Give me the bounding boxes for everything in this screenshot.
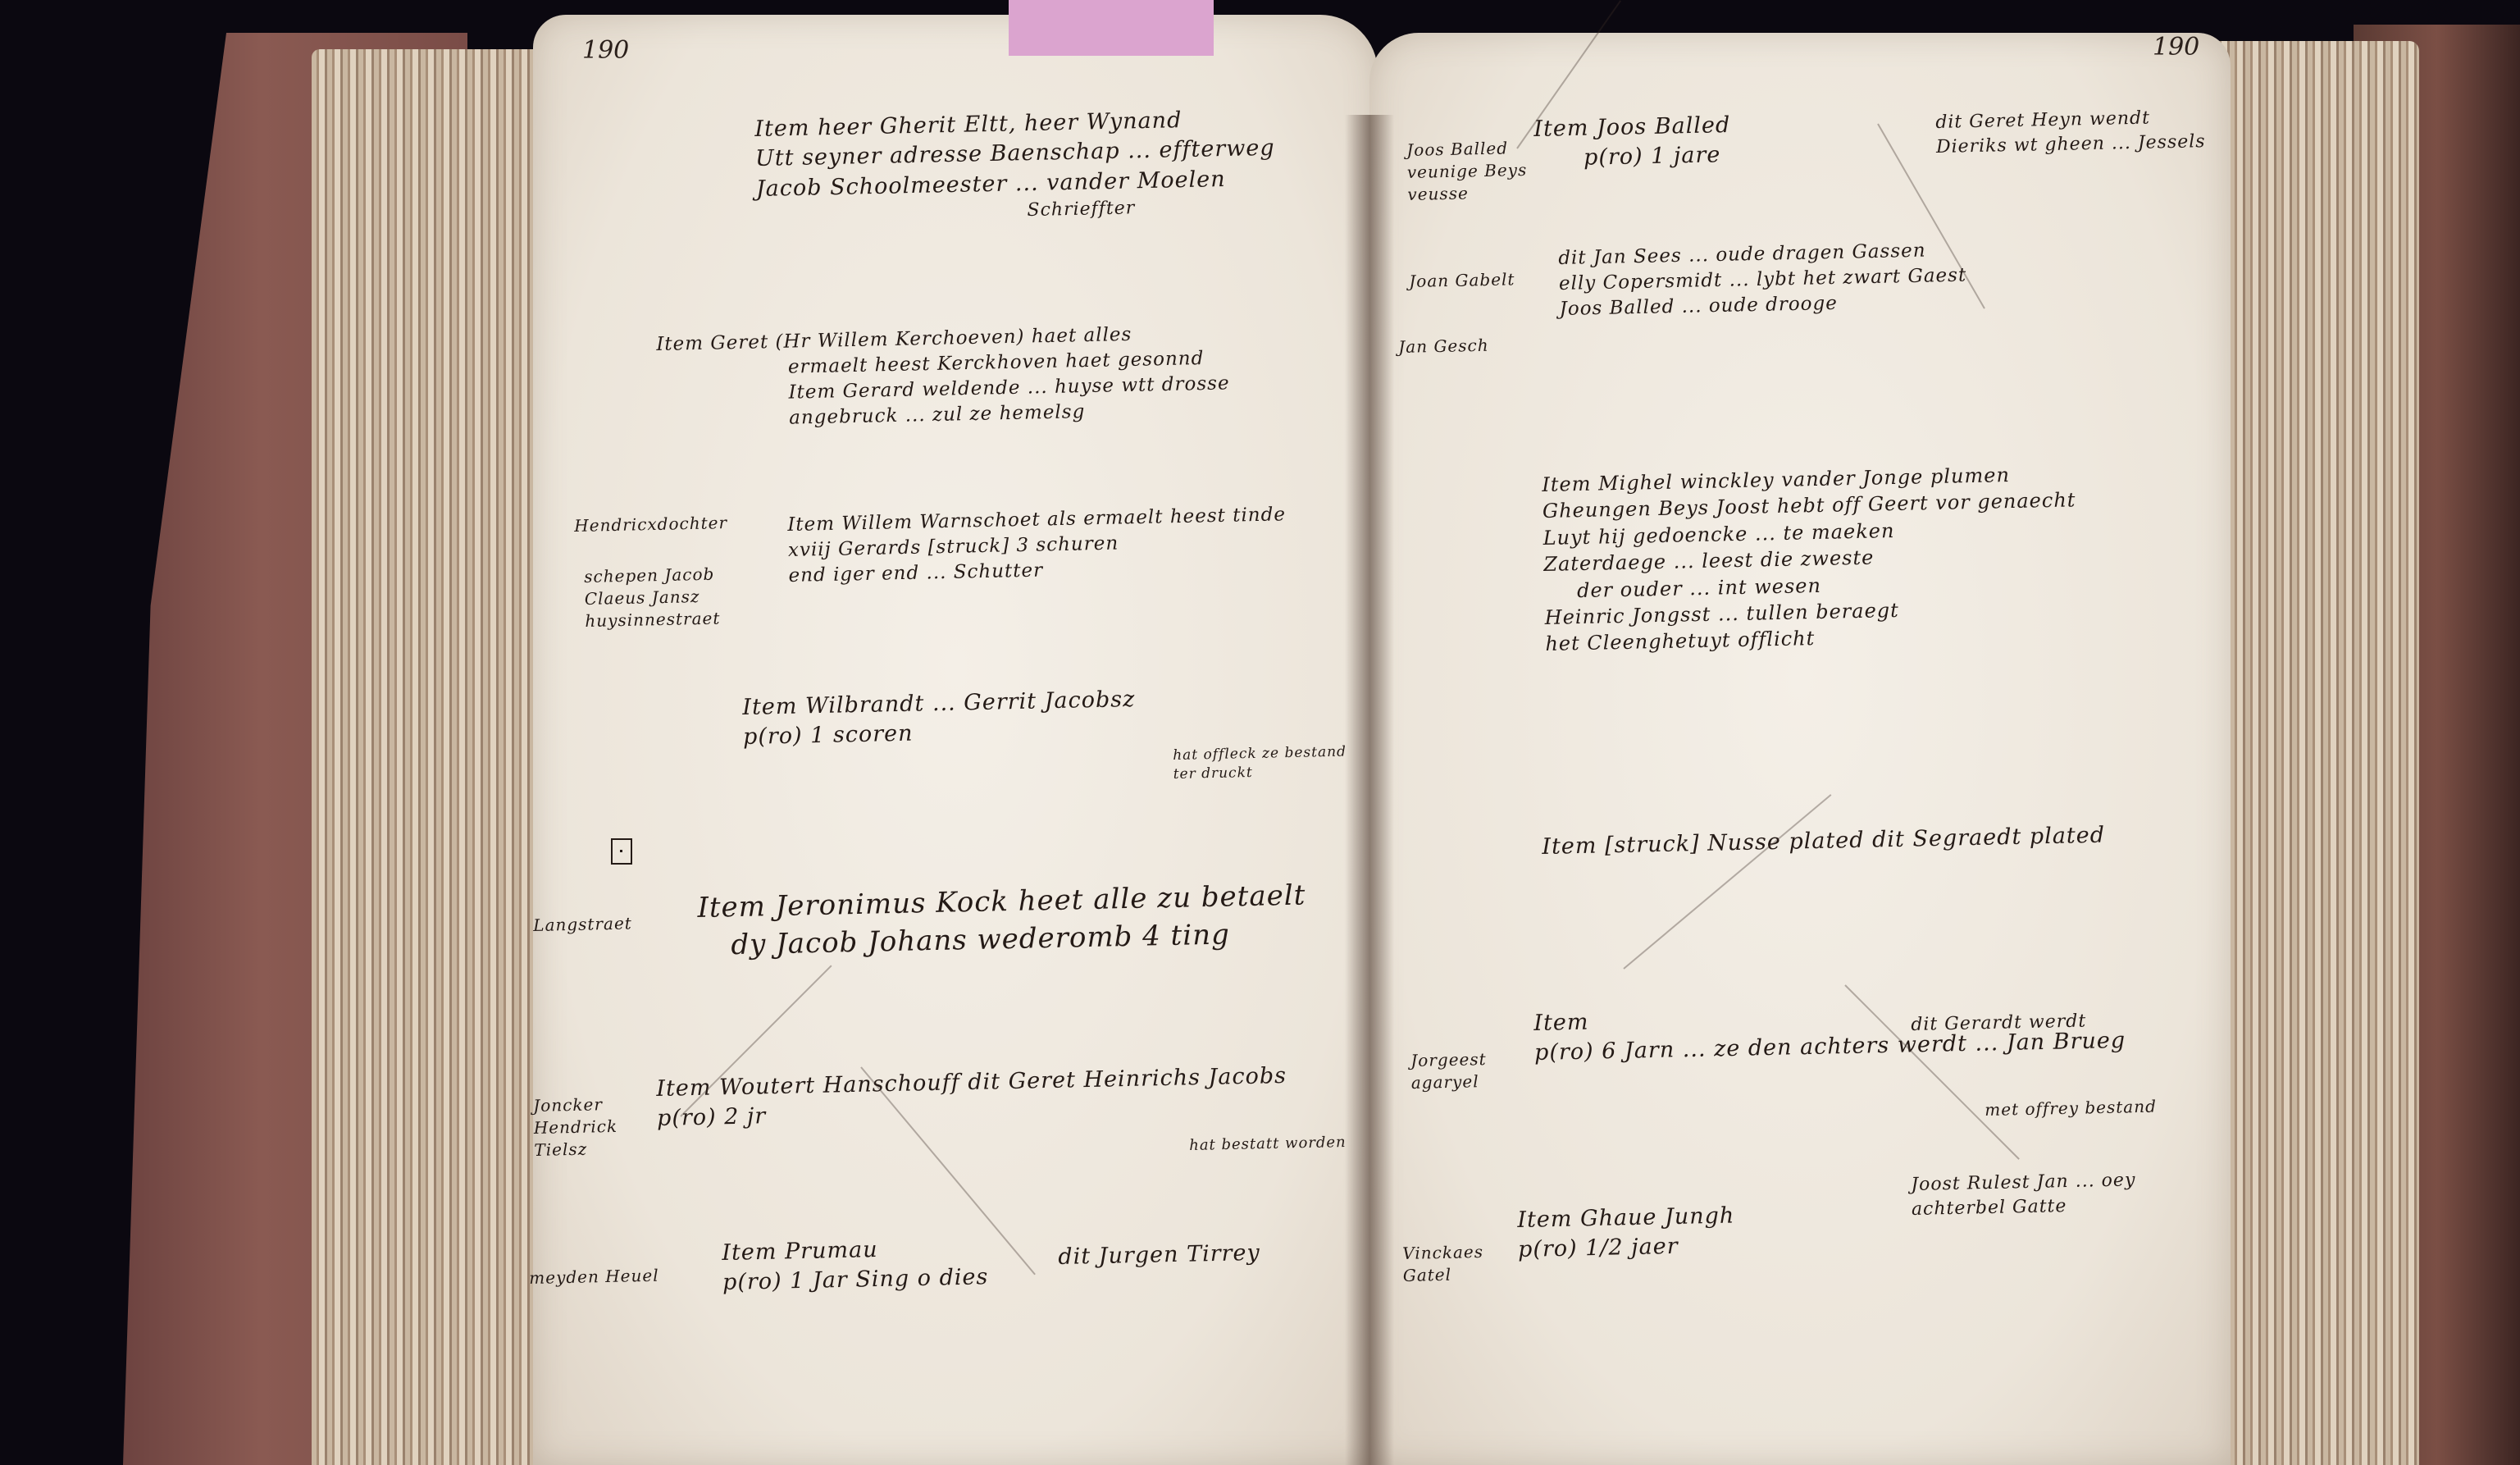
margin-note: Joan Gabelt (1409, 268, 1515, 293)
entry-note: hat bestatt worden (1189, 1133, 1347, 1156)
margin-note: Jan Gesch (1398, 335, 1489, 358)
margin-note: Joncker Hendrick Tielsz (533, 1093, 618, 1162)
register-entry: Item heer Gherit Eltt, heer Wynand Utt s… (754, 104, 1276, 229)
register-entry: dit Jan Sees ... oude dragen Gassen elly… (1558, 238, 1967, 323)
margin-note: Joos Balled veunige Beys veusse (1406, 137, 1528, 206)
register-entry: Item Ghaue Jungh p(ro) 1/2 jaer (1517, 1201, 1735, 1265)
entry-note: dit Geret Heyn wendt Dieriks wt gheen ..… (1935, 105, 2206, 159)
margin-note: meyden Heuel (529, 1265, 659, 1289)
box-mark (611, 838, 632, 865)
register-entry: Item Prumau p(ro) 1 Jar Sing o dies (722, 1233, 989, 1298)
register-entry: Item Wilbrandt ... Gerrit Jacobsz p(ro) … (742, 685, 1136, 753)
entry-note: hat offleck ze bestand ter druckt (1173, 743, 1347, 784)
margin-note: Langstraet (533, 912, 632, 937)
entry-note: met offrey bestand (1985, 1096, 2157, 1121)
folio-number-left: 190 (582, 36, 629, 65)
margin-note: Vinckaes Gatel (1402, 1241, 1484, 1287)
margin-note: schepen Jacob Claeus Jansz huysinnestrae… (584, 564, 721, 632)
register-entry: Item Joos Balled p(ro) 1 jare (1533, 111, 1731, 175)
register-entry: Item Geret (Hr Willem Kerchoeven) haet a… (656, 320, 1231, 434)
register-entry: Item Mighel winckley vander Jonge plumen… (1542, 460, 2079, 657)
entry-note: dit Gerardt werdt (1911, 1010, 2086, 1038)
page-block-edge-left (312, 49, 558, 1465)
margin-note: Jorgeest agaryel (1410, 1048, 1488, 1094)
margin-note: Hendricxdochter (574, 512, 727, 537)
entry-note: Joost Rulest Jan ... oey achterbel Gatte (1911, 1168, 2136, 1221)
pink-bookmark-tag (1009, 0, 1214, 56)
register-entry: Item Willem Warnschoet als ermaelt heest… (787, 502, 1287, 589)
book-gutter (1345, 115, 1394, 1465)
register-entry: Item Jeronimus Kock heet alle zu betaelt… (697, 877, 1307, 965)
page-block-edge-right (2214, 41, 2419, 1465)
entry-note: dit Jurgen Tirrey (1058, 1239, 1260, 1273)
folio-number-right: 190 (2153, 33, 2199, 62)
